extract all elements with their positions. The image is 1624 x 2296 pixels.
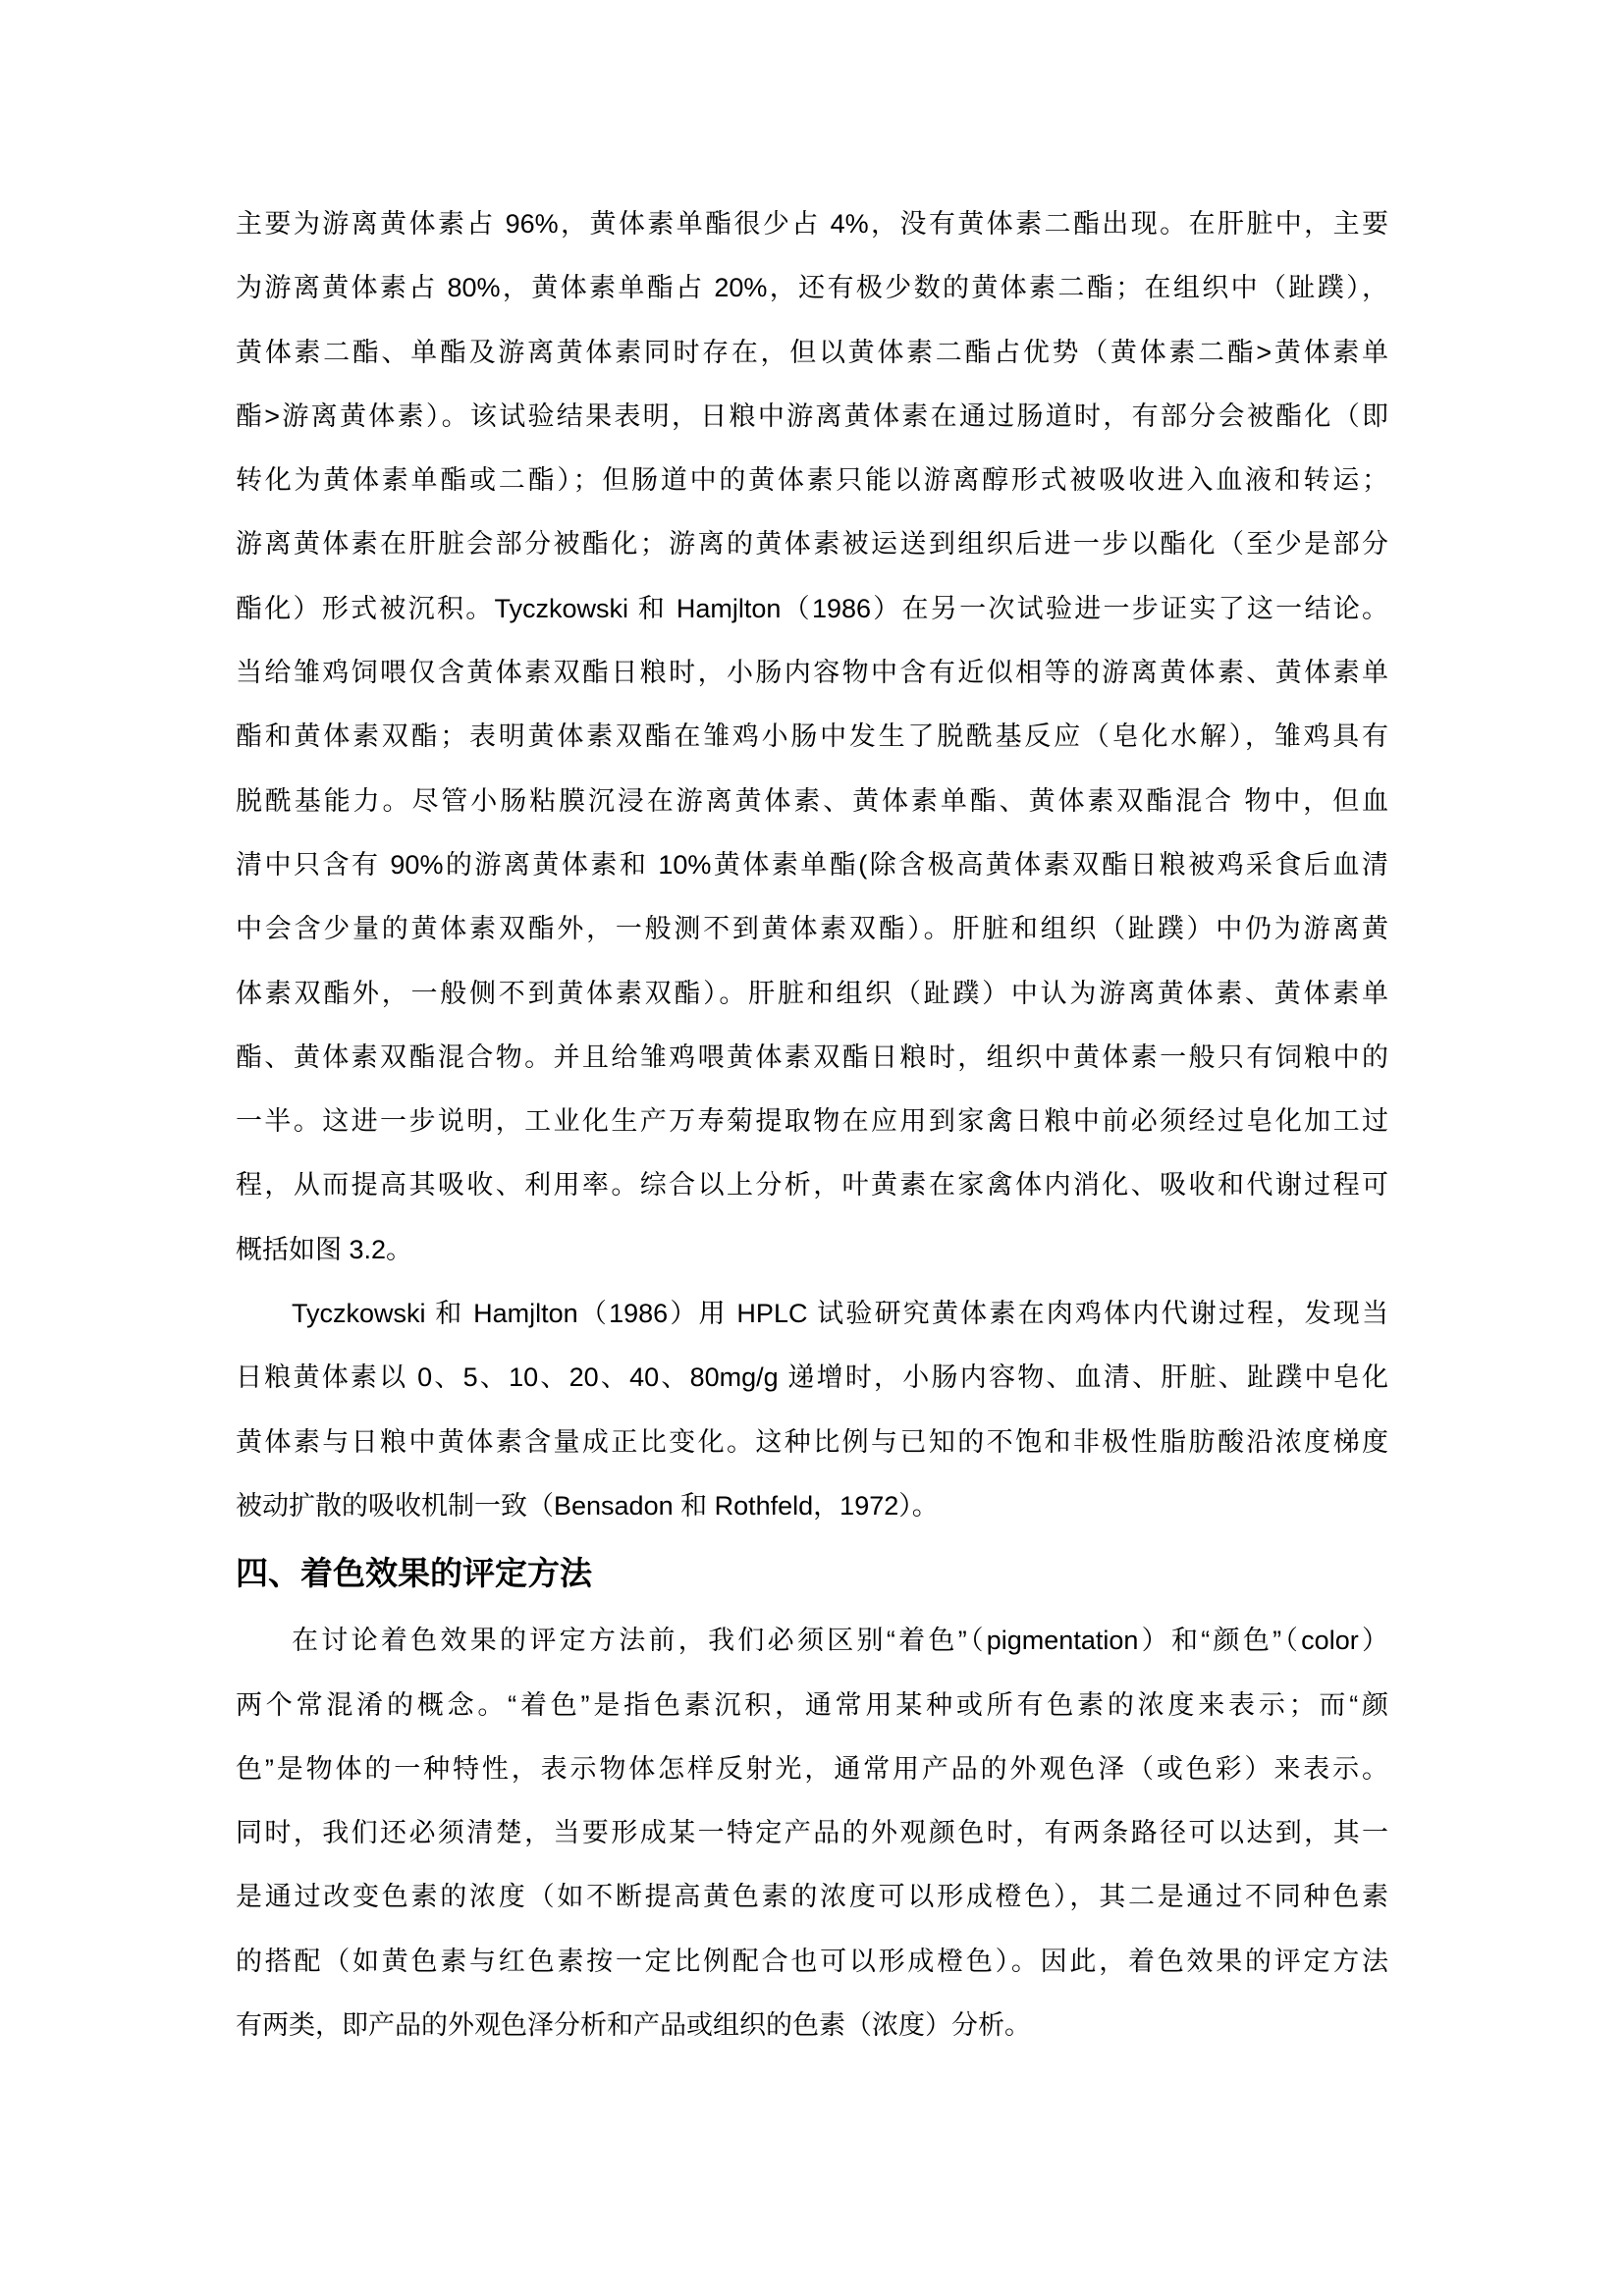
text-line: 一半。这进一步说明，工业化生产万寿菊提取物在应用到家禽日粮中前必须经过皂化加工过 — [236, 1090, 1388, 1153]
paragraph-lutein-metabolism: 主要为游离黄体素占 96%，黄体素单酯很少占 4%，没有黄体素二酯出现。在肝脏中… — [236, 192, 1388, 1282]
text-line: 黄体素二酯、单酯及游离黄体素同时存在，但以黄体素二酯占优势（黄体素二酯>黄体素单 — [236, 321, 1388, 385]
text-line: 中会含少量的黄体素双酯外，一般测不到黄体素双酯）。肝脏和组织（趾蹼）中仍为游离黄 — [236, 897, 1388, 961]
text-line: 的搭配（如黄色素与红色素按一定比例配合也可以形成橙色）。因此，着色效果的评定方法 — [236, 1930, 1388, 1994]
text-line: Tyczkowski 和 Hamjlton（1986）用 HPLC 试验研究黄体… — [236, 1282, 1388, 1346]
text-line: 同时，我们还必须清楚，当要形成某一特定产品的外观颜色时，有两条路径可以达到，其一 — [236, 1801, 1388, 1865]
text-block: 主要为游离黄体素占 96%，黄体素单酯很少占 4%，没有黄体素二酯出现。在肝脏中… — [236, 192, 1388, 2057]
text-line: 转化为黄体素单酯或二酯）；但肠道中的黄体素只能以游离醇形式被吸收进入血液和转运； — [236, 449, 1388, 512]
text-line: 程，从而提高其吸收、利用率。综合以上分析，叶黄素在家禽体内消化、吸收和代谢过程可 — [236, 1153, 1388, 1217]
text-line: 主要为游离黄体素占 96%，黄体素单酯很少占 4%，没有黄体素二酯出现。在肝脏中… — [236, 192, 1388, 256]
text-line: 酯、黄体素双酯混合物。并且给雏鸡喂黄体素双酯日粮时，组织中黄体素一般只有饲粮中的 — [236, 1026, 1388, 1090]
paragraph-pigmentation-vs-color: 在讨论着色效果的评定方法前，我们必须区别“着色”（pigmentation）和“… — [236, 1609, 1388, 2057]
text-line: 两个常混淆的概念。“着色”是指色素沉积，通常用某种或所有色素的浓度来表示；而“颜 — [236, 1674, 1388, 1737]
text-line: 日粮黄体素以 0、5、10、20、40、80mg/g 递增时，小肠内容物、血清、… — [236, 1346, 1388, 1410]
text-line: 有两类，即产品的外观色泽分析和产品或组织的色素（浓度）分析。 — [236, 1994, 1388, 2057]
text-line: 酯和黄体素双酯；表明黄体素双酯在雏鸡小肠中发生了脱酰基反应（皂化水解），雏鸡具有 — [236, 705, 1388, 769]
text-line: 黄体素与日粮中黄体素含量成正比变化。这种比例与已知的不饱和非极性脂肪酸沿浓度梯度 — [236, 1411, 1388, 1474]
text-line: 清中只含有 90%的游离黄体素和 10%黄体素单酯(除含极高黄体素双酯日粮被鸡采… — [236, 833, 1388, 897]
text-line: 是通过改变色素的浓度（如不断提高黄色素的浓度可以形成橙色），其二是通过不同种色素 — [236, 1865, 1388, 1929]
text-line: 被动扩散的吸收机制一致（Bensadon 和 Rothfeld，1972）。 — [236, 1474, 1388, 1538]
section-heading-pigmentation-evaluation: 四、着色效果的评定方法 — [236, 1538, 1388, 1609]
text-line: 当给雏鸡饲喂仅含黄体素双酯日粮时，小肠内容物中含有近似相等的游离黄体素、黄体素单 — [236, 641, 1388, 705]
text-line: 酯化）形式被沉积。Tyczkowski 和 Hamjlton（1986）在另一次… — [236, 577, 1388, 641]
text-line: 酯>游离黄体素）。该试验结果表明，日粮中游离黄体素在通过肠道时，有部分会被酯化（… — [236, 385, 1388, 449]
text-line: 色”是物体的一种特性，表示物体怎样反射光，通常用产品的外观色泽（或色彩）来表示。 — [236, 1737, 1388, 1801]
document-page: 主要为游离黄体素占 96%，黄体素单酯很少占 4%，没有黄体素二酯出现。在肝脏中… — [0, 0, 1624, 2296]
paragraph-hplc-study: Tyczkowski 和 Hamjlton（1986）用 HPLC 试验研究黄体… — [236, 1282, 1388, 1538]
text-line: 概括如图 3.2。 — [236, 1218, 1388, 1282]
text-line: 游离黄体素在肝脏会部分被酯化；游离的黄体素被运送到组织后进一步以酯化（至少是部分 — [236, 512, 1388, 576]
text-line: 体素双酯外，一般侧不到黄体素双酯）。肝脏和组织（趾蹼）中认为游离黄体素、黄体素单 — [236, 962, 1388, 1026]
text-line: 脱酰基能力。尽管小肠粘膜沉浸在游离黄体素、黄体素单酯、黄体素双酯混合 物中，但血 — [236, 770, 1388, 833]
text-line: 为游离黄体素占 80%，黄体素单酯占 20%，还有极少数的黄体素二酯；在组织中（… — [236, 256, 1388, 320]
text-line: 在讨论着色效果的评定方法前，我们必须区别“着色”（pigmentation）和“… — [236, 1609, 1388, 1673]
